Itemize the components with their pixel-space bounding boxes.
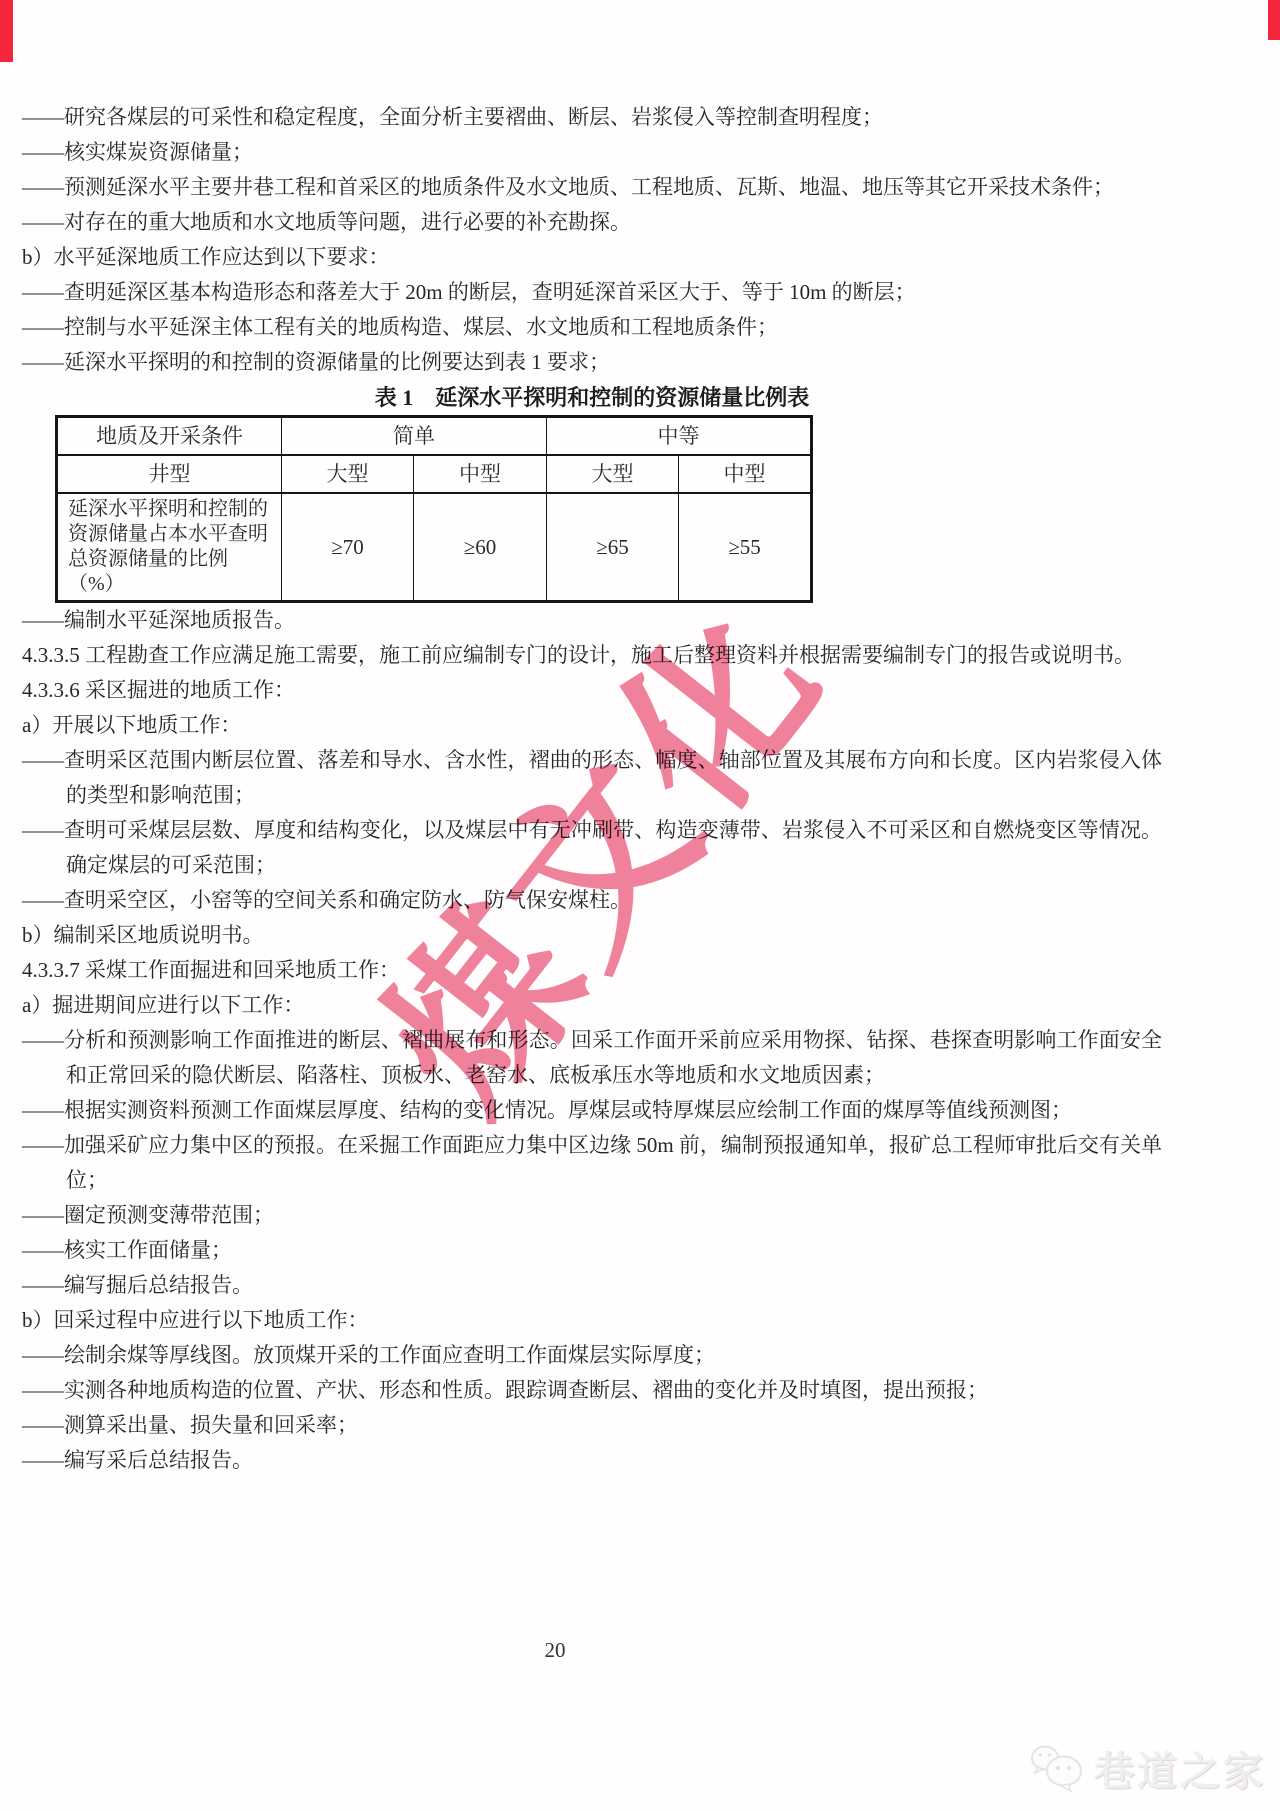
paragraph-bullet: ——根据实测资料预测工作面煤层厚度、结构的变化情况。厚煤层或特厚煤层应绘制工作面… xyxy=(22,1093,1162,1128)
table-row-label: 延深水平探明和控制的资源储量占本水平查明总资源储量的比例（%） xyxy=(57,493,282,602)
red-corner-mark-right xyxy=(1268,0,1280,40)
paragraph-bullet: ——研究各煤层的可采性和稳定程度，全面分析主要褶曲、断层、岩浆侵入等控制查明程度… xyxy=(22,100,1162,135)
paragraph-bullet: ——延深水平探明的和控制的资源储量的比例要达到表 1 要求； xyxy=(22,345,1162,380)
paragraph-bullet: ——分析和预测影响工作面推进的断层、褶曲展布和形态。回采工作面开采前应采用物探、… xyxy=(22,1023,1162,1093)
paragraph-bullet: ——查明可采煤层层数、厚度和结构变化，以及煤层中有无冲刷带、构造变薄带、岩浆侵入… xyxy=(22,813,1162,883)
document-content: ——研究各煤层的可采性和稳定程度，全面分析主要褶曲、断层、岩浆侵入等控制查明程度… xyxy=(22,100,1162,1478)
paragraph-bullet: ——核实工作面储量； xyxy=(22,1233,1162,1268)
paragraph-list-item: b）回采过程中应进行以下地质工作： xyxy=(22,1303,1162,1338)
paragraph-list-item: b）水平延深地质工作应达到以下要求： xyxy=(22,240,1162,275)
paragraph-bullet: ——编制水平延深地质报告。 xyxy=(22,603,1162,638)
paragraph-list-item: b）编制采区地质说明书。 xyxy=(22,918,1162,953)
paragraph-bullet: ——测算采出量、损失量和回采率； xyxy=(22,1408,1162,1443)
paragraph-section: 4.3.3.7 采煤工作面掘进和回采地质工作： xyxy=(22,953,1162,988)
paragraph-bullet: ——绘制余煤等厚线图。放顶煤开采的工作面应查明工作面煤层实际厚度； xyxy=(22,1338,1162,1373)
table-header-cell: 简单 xyxy=(282,417,547,456)
paragraph-bullet: ——对存在的重大地质和水文地质等问题，进行必要的补充勘探。 xyxy=(22,205,1162,240)
table-header-cell: 中等 xyxy=(547,417,812,456)
paragraph-bullet: ——查明采空区，小窑等的空间关系和确定防水、防气保安煤柱。 xyxy=(22,883,1162,918)
paragraph-section: 4.3.3.6 采区掘进的地质工作： xyxy=(22,673,1162,708)
table-value-cell: ≥65 xyxy=(547,493,679,602)
paragraph-bullet: ——编写掘后总结报告。 xyxy=(22,1268,1162,1303)
paragraph-bullet: ——预测延深水平主要井巷工程和首采区的地质条件及水文地质、工程地质、瓦斯、地温、… xyxy=(22,170,1162,205)
wechat-icon xyxy=(1028,1743,1086,1795)
table-header-cell: 大型 xyxy=(547,455,679,493)
table-header-row-1: 地质及开采条件 简单 中等 xyxy=(57,417,812,456)
page-number: 20 xyxy=(500,1638,610,1663)
paragraph-section: 4.3.3.5 工程勘查工作应满足施工需要，施工前应编制专门的设计，施工后整理资… xyxy=(22,638,1162,673)
table-value-cell: ≥55 xyxy=(679,493,812,602)
reserve-ratio-table: 地质及开采条件 简单 中等 井型 大型 中型 大型 中型 延深水平探明和控制的资… xyxy=(55,415,813,603)
document-page: ——研究各煤层的可采性和稳定程度，全面分析主要褶曲、断层、岩浆侵入等控制查明程度… xyxy=(0,0,1280,1810)
table-title: 表 1 延深水平探明和控制的资源储量比例表 xyxy=(22,380,1162,415)
table-data-row: 延深水平探明和控制的资源储量占本水平查明总资源储量的比例（%） ≥70 ≥60 … xyxy=(57,493,812,602)
table-header-cell: 中型 xyxy=(414,455,547,493)
paragraph-bullet: ——核实煤炭资源储量； xyxy=(22,135,1162,170)
paragraph-bullet: ——实测各种地质构造的位置、产状、形态和性质。跟踪调查断层、褶曲的变化并及时填图… xyxy=(22,1373,1162,1408)
table-header-cell: 地质及开采条件 xyxy=(57,417,282,456)
paragraph-bullet: ——控制与水平延深主体工程有关的地质构造、煤层、水文地质和工程地质条件； xyxy=(22,310,1162,345)
table-header-cell: 井型 xyxy=(57,455,282,493)
paragraph-bullet: ——查明采区范围内断层位置、落差和导水、含水性，褶曲的形态、幅度、轴部位置及其展… xyxy=(22,743,1162,813)
paragraph-list-item: a）掘进期间应进行以下工作： xyxy=(22,988,1162,1023)
table-value-cell: ≥60 xyxy=(414,493,547,602)
table-header-cell: 中型 xyxy=(679,455,812,493)
table-value-cell: ≥70 xyxy=(282,493,414,602)
paragraph-bullet: ——查明延深区基本构造形态和落差大于 20m 的断层，查明延深首采区大于、等于 … xyxy=(22,275,1162,310)
red-corner-mark-left xyxy=(0,0,13,62)
table-header-cell: 大型 xyxy=(282,455,414,493)
footer-watermark-text: 巷道之家 xyxy=(1094,1740,1266,1797)
paragraph-bullet: ——编写采后总结报告。 xyxy=(22,1443,1162,1478)
footer-watermark: 巷道之家 xyxy=(1028,1740,1266,1797)
paragraph-bullet: ——圈定预测变薄带范围； xyxy=(22,1198,1162,1233)
table-header-row-2: 井型 大型 中型 大型 中型 xyxy=(57,455,812,493)
paragraph-bullet: ——加强采矿应力集中区的预报。在采掘工作面距应力集中区边缘 50m 前，编制预报… xyxy=(22,1128,1162,1198)
paragraph-list-item: a）开展以下地质工作： xyxy=(22,708,1162,743)
